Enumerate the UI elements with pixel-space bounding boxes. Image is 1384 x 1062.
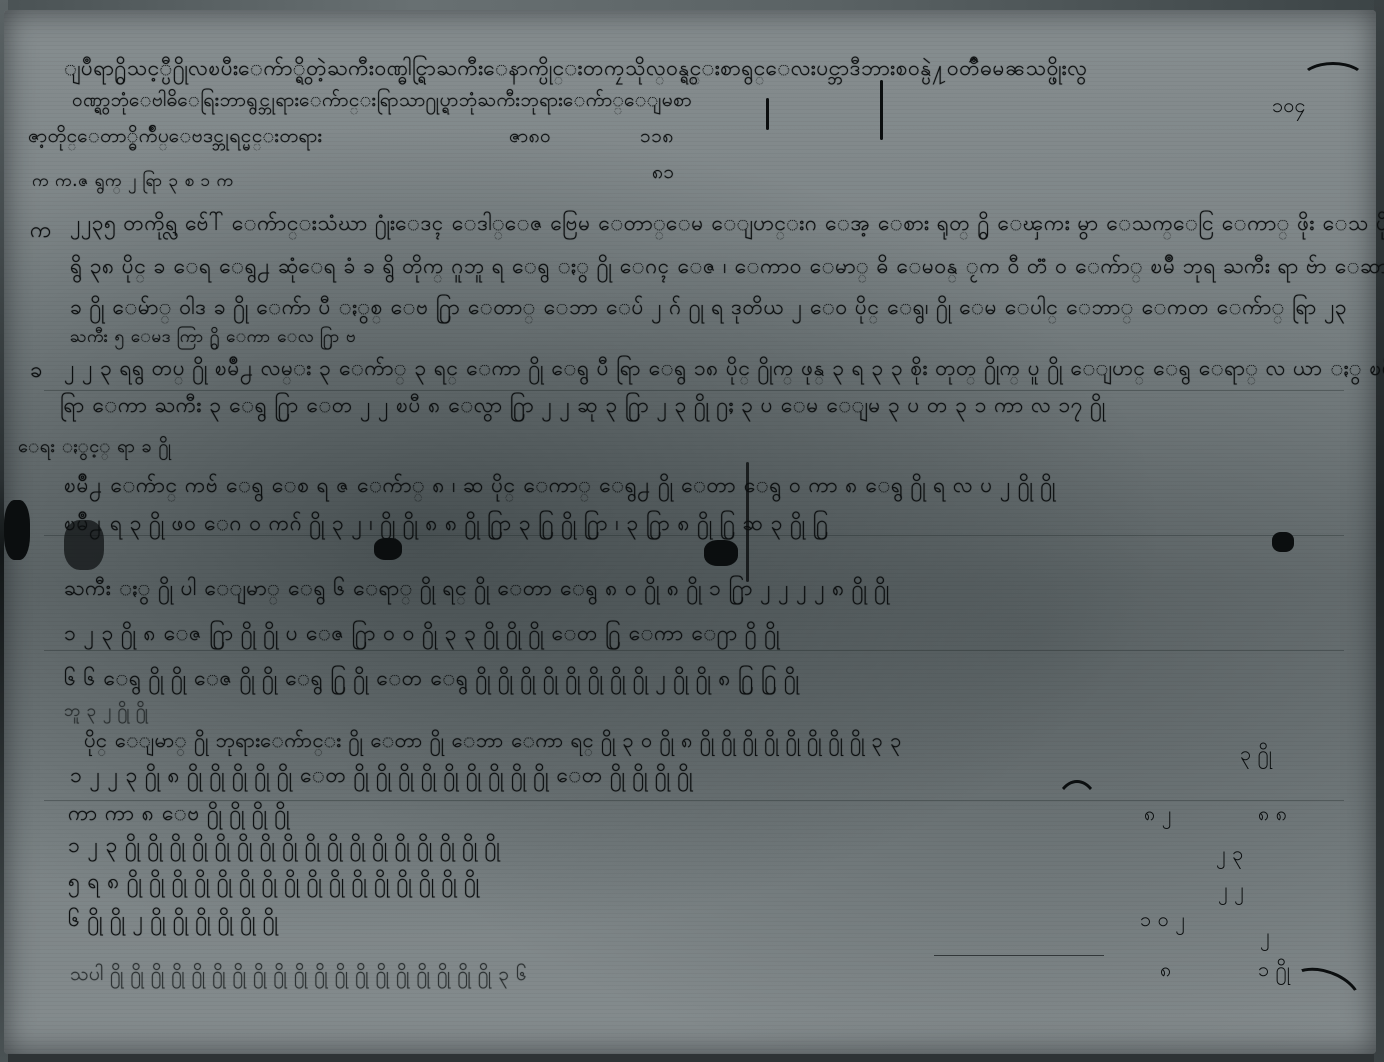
margin-number: ၈ ၂ (1144, 800, 1172, 830)
margin-number: ၁ ႐ို (1258, 956, 1290, 986)
underline-stroke (934, 955, 1104, 956)
manuscript-page: ျပဳရာ႐ွိသင့္ပီ႐ိုလၿပီးေက်ာ္ရွိတဲ့ႀကီးဝဏ္… (4, 10, 1376, 1054)
paragraph-2-line-2: ရြာ ေကာ ႀကီး ၃ ေရွ ႐ြာ ေတ ၂ ၂ ၿပီ ၈ ေလွာ… (60, 392, 1105, 423)
paragraph-marker: ခ (30, 355, 43, 388)
paragraph-4-line-6: ၅ ရ ၈ ႐ို ႐ို ႐ို ႐ို ႐ို ႐ို ႐ို ႐ို ႐ိ… (68, 868, 479, 899)
header-line-4: က က.ဇ ရွက္ ၂ ရြာ ၃ စ ၁ က (32, 170, 234, 195)
margin-number: ၈ ၈ (1258, 800, 1287, 830)
paragraph-3-line-4: ၁ ၂ ၃ ႐ို ၈ ေဇ ႐ြာ ႐ို ႐ို ပ ေဇ ႐ြာ ၀ ၀ … (64, 620, 780, 651)
margin-number: ၃ ႐ို (1240, 740, 1272, 770)
ink-damage (4, 500, 30, 560)
ink-damage (64, 520, 104, 570)
margin-number: ၂ (1260, 922, 1270, 952)
paragraph-3-line-3: ႀကီး ႏွ ႐ို ပါ ေျမာ္ ေရွ ၆ ေရာ္ ႐ို ရင္ … (64, 575, 890, 606)
ink-stroke (766, 98, 769, 130)
header-mark-3: ၈၁ (652, 160, 675, 188)
paragraph-4-line-2: ပိုင္ ေျမာ္ ႐ို ဘုရားေက်ာင္း ႐ို ေတာ ႐ို… (84, 727, 902, 757)
ink-damage (374, 538, 402, 560)
ink-damage (704, 540, 738, 566)
section-heading: ေရး ႏွင့္ ရာ ခ ႐ို (18, 434, 172, 461)
paragraph-1-line-2: ရွိ ၃၈ ပိုင္ ခ ေရ ေရွ႕ ဆုံေရ ခံ ခ ရွိ တိ… (70, 253, 1384, 284)
paragraph-1-line-3: ခ ႐ို ေမ်ာ္ ဝါဒ ခ ႐ို ေက်ာ ပီ ႏွစ္ ေဗ ႐ြ… (70, 294, 1347, 325)
paragraph-3-line-1: ၿမိဳ႕ ေက်ာင္ ကဗ် ေရွ ေစ ရ ဇ ေက်ာ္ ၈ ၊ ဆ … (64, 472, 1056, 503)
margin-number: ၁ ၀ ၂ (1140, 906, 1185, 936)
paragraph-4-line-7: ၆ ႐ို ႐ို ၂ ႐ို ႐ို ႐ို ႐ို ႐ို ႐ို (68, 906, 278, 937)
ink-scribble (1054, 780, 1100, 846)
header-mark-1: ဇာ၈ဝ (509, 124, 551, 152)
header-line-1: ျပဳရာ႐ွိသင့္ပီ႐ိုလၿပီးေက်ာ္ရွိတဲ့ႀကီးဝဏ္… (64, 55, 1087, 86)
paragraph-4-line-5: ၁ ၂ ၃ ႐ို ႐ို ႐ို ႐ို ႐ို ႐ို ႐ို ႐ို ႐ိ… (68, 832, 500, 863)
paragraph-3-line-5: ၆ ၆ ေရွ ႐ို ႐ို ေဇ ႐ို ႐ို ေရွ ႐ြ ႐ို ေတ… (64, 665, 799, 696)
paragraph-4-line-1: ဘူ ၃ ၂ ႐ို ႐ို (64, 700, 148, 725)
paragraph-3-line-2: ၿမိဳ႕ ရ ၃ ႐ို ဖဝ ေဂ ဝ ကဂ် ႐ို ၃ ၂ ၊ ႐ို … (64, 510, 828, 541)
margin-number: ၂ ၂ (1218, 876, 1244, 906)
ink-damage (1272, 532, 1294, 552)
paragraph-1-line-4: ႀကီး ၅ ေမဒ ကြာ ႐ွိ ေကာ ေလ ႐ြာ ဗ (70, 326, 356, 351)
header-line-2: ဝဏ္ရွာဘုံေဗါဓိေရြးဘာရွင္ဘုရားေက်ာင္းရြာသ… (72, 88, 692, 116)
ink-scribble (1280, 958, 1367, 1027)
corner-folio-number: ၁၀၄ (1272, 92, 1306, 122)
paragraph-2-line-1: ၂ ၂ ၃ ရရွ တပ္ ႐ို ၿမိဳ႕ လမ္း ၃ ေက်ာ္ ၃ ရ… (64, 355, 1384, 386)
ruling-line (44, 390, 1344, 391)
header-line-3: ဇာ့တိုင္ေတာ္ဓိက်ဳပ္ေဗဒင္ဘုရင္မင္းတရား (28, 124, 323, 152)
header-mark-2: ၁၁၈ (640, 124, 674, 152)
paragraph-5-line-1: သပါ ႐ို ႐ို ႐ို ႐ို ႐ို ႐ို ႐ို ႐ို ႐ို … (70, 962, 527, 990)
ink-scribble (1300, 62, 1366, 98)
margin-number: ၂ ၃ (1216, 840, 1243, 870)
paragraph-1-line-1: ၂၂၃၅ တကိုရ္လ ဗ်ေါ် ေက်ာင္းသံဃာ ႐ုံးေဒၚ ေ… (70, 210, 1384, 241)
ink-stroke (880, 80, 883, 140)
paragraph-marker: က (30, 215, 52, 248)
ink-stroke (746, 462, 749, 582)
margin-number: ၈ (1160, 956, 1171, 986)
paragraph-4-line-4: ကာ ကာ ၈ ေဗ ႐ို ႐ို ႐ို ႐ို (68, 800, 290, 831)
paragraph-4-line-3: ၁ ၂ ၂ ၃ ႐ို ၈ ႐ို ႐ို ႐ို ႐ို ႐ို ေတ ႐ို… (70, 762, 693, 793)
